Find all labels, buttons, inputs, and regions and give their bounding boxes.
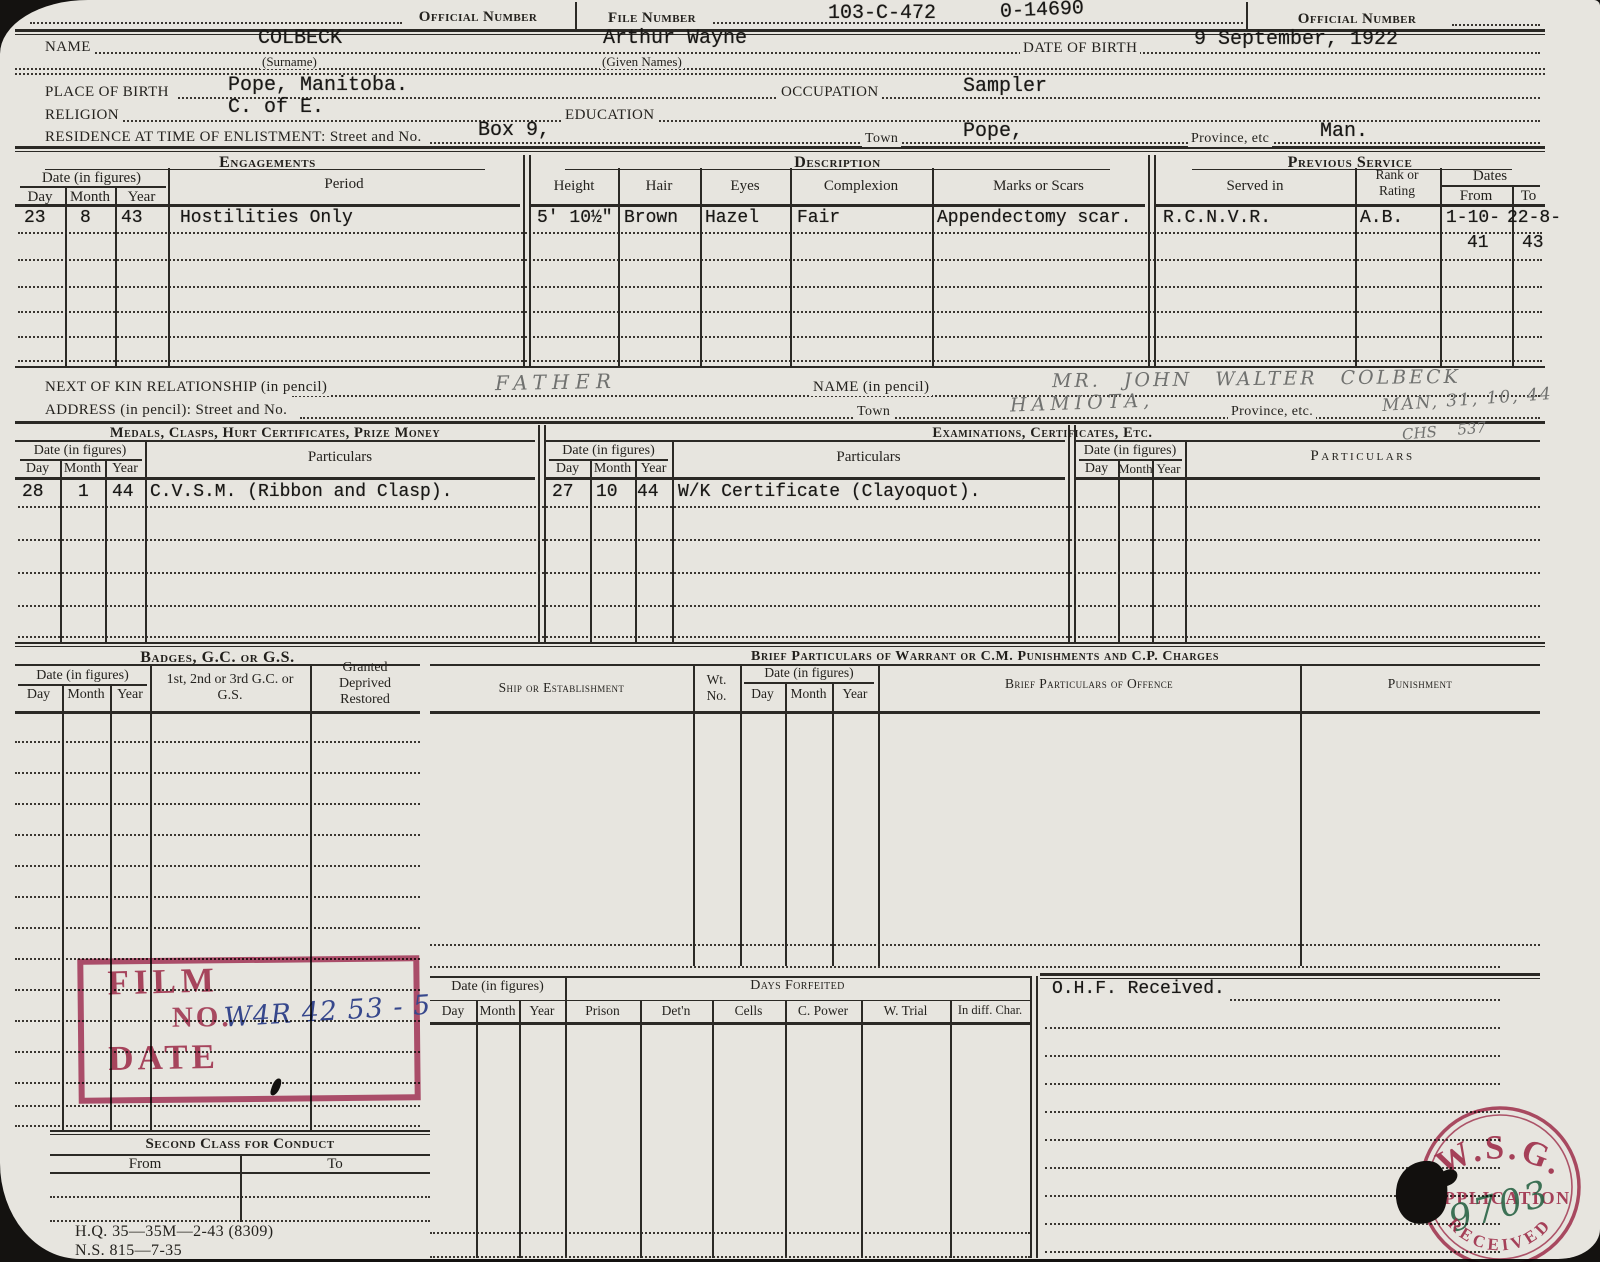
warrants-year-header: Year <box>832 687 878 701</box>
solid-rule-line <box>1030 976 1032 1258</box>
medal-year: 44 <box>112 483 134 502</box>
kin-name-value: MR. JOHN WALTER COLBECK <box>1052 368 1461 392</box>
film-date-label: DATE <box>108 1039 219 1078</box>
engagement-day: 23 <box>24 209 46 228</box>
solid-rule-line <box>1075 477 1540 480</box>
film-number-value: W4R 42 53 - 5 <box>223 992 432 1033</box>
exam1-year: 44 <box>637 483 659 502</box>
rank-value: A.B. <box>1360 209 1403 228</box>
kin-town-label: Town <box>854 405 893 420</box>
days-forfeited-header: Days Forfeited <box>565 979 1030 994</box>
solid-rule-line <box>790 168 792 366</box>
solid-rule-line <box>430 711 1540 714</box>
solid-rule-line <box>740 664 742 966</box>
served-in-value: R.C.N.V.R. <box>1163 209 1271 228</box>
solid-rule-line <box>15 477 535 480</box>
exam1-particulars-header: Particulars <box>672 450 1065 466</box>
badges-year-header: Year <box>110 688 150 703</box>
dotted-rule-line <box>1452 24 1540 26</box>
solid-rule-line <box>62 684 64 1130</box>
solid-rule-line <box>168 168 170 366</box>
exam1-particulars: W/K Certificate (Clayoquot). <box>678 483 980 502</box>
official-number-left-label: Official Number <box>398 10 558 26</box>
exam2-day-header: Day <box>1075 462 1118 477</box>
solid-rule-line <box>15 151 1545 152</box>
solid-rule-line <box>115 186 117 366</box>
engagement-year: 43 <box>121 209 143 228</box>
dotted-rule-line <box>15 1125 420 1127</box>
solid-rule-line <box>693 664 695 966</box>
solid-rule-line <box>545 477 1065 480</box>
film-stamp-box: FILM NO. W4R 42 53 - 5 DATE <box>77 955 420 1104</box>
warrants-date-header: Date (in figures) <box>740 666 878 680</box>
forfeits-day-header: Day <box>430 1004 476 1018</box>
date-of-birth-value: 9 September, 1922 <box>1194 29 1398 50</box>
solid-rule-line <box>105 459 107 642</box>
forfeit-col-wtrial: W. Trial <box>861 1004 950 1018</box>
solid-rule-line <box>1040 973 1540 976</box>
service-record-card: Official Number File Number 103-C-472 0-… <box>0 0 1600 1262</box>
solid-rule-line <box>700 168 702 366</box>
dotted-rule-line <box>15 741 420 743</box>
solid-rule-line <box>640 1000 642 1258</box>
complexion-header: Complexion <box>790 179 932 195</box>
solid-rule-line <box>1246 2 1248 30</box>
period-header: Period <box>168 177 520 193</box>
solid-rule-line <box>1185 440 1187 642</box>
date-of-birth-label: DATE OF BIRTH <box>1020 41 1140 57</box>
dotted-rule-line <box>430 966 1500 968</box>
solid-rule-line <box>15 642 1545 644</box>
given-names-value: Arthur Wayne <box>603 28 747 49</box>
exam2-month-header: Month <box>1118 462 1152 476</box>
province-label: Province, etc <box>1188 132 1272 147</box>
forfeit-col-prison: Prison <box>565 1004 640 1018</box>
exam1-year-header: Year <box>635 462 672 477</box>
rank-or-rating-header: Rank or Rating <box>1363 167 1431 198</box>
service-from-line2: 41 <box>1467 234 1489 253</box>
solid-rule-line <box>832 682 834 966</box>
dotted-rule-line <box>18 311 1542 313</box>
solid-rule-line <box>1148 155 1150 366</box>
solid-rule-line <box>672 440 674 642</box>
kin-relationship-label: NEXT OF KIN RELATIONSHIP (in pencil) <box>42 380 330 396</box>
medals-particulars-header: Particulars <box>145 450 535 466</box>
kin-name-label: NAME (in pencil) <box>810 380 932 396</box>
solid-rule-line <box>50 1130 430 1132</box>
solid-rule-line <box>950 1000 952 1258</box>
dotted-rule-line <box>15 68 1545 70</box>
engagements-year-header: Year <box>115 190 168 206</box>
dotted-rule-line <box>18 506 1540 508</box>
forfeits-year-header: Year <box>519 1004 565 1018</box>
served-in-header: Served in <box>1155 179 1355 195</box>
medal-particulars: C.V.S.M. (Ribbon and Clasp). <box>150 483 452 502</box>
solid-rule-line <box>430 976 1030 978</box>
dotted-rule-line <box>18 572 1540 574</box>
dotted-rule-line <box>18 232 1542 234</box>
marks-value: Appendectomy scar. <box>937 209 1131 228</box>
footer-form-number-1: H.Q. 35—35M—2-43 (8309) <box>72 1224 277 1241</box>
engagements-day-header: Day <box>15 190 65 206</box>
solid-rule-line <box>1068 425 1070 642</box>
exam2-date-header: Date (in figures) <box>1075 444 1185 459</box>
film-stamp-label: FILM <box>107 962 219 1002</box>
marks-header: Marks or Scars <box>932 179 1145 195</box>
badges-date-header: Date (in figures) <box>15 669 150 684</box>
solid-rule-line <box>878 664 880 966</box>
solid-rule-line <box>575 2 577 30</box>
to-header: To <box>1512 189 1545 205</box>
engagements-month-header: Month <box>65 190 115 206</box>
dotted-rule-line <box>300 417 1540 419</box>
solid-rule-line <box>861 1000 863 1258</box>
dotted-rule-line <box>15 865 420 867</box>
service-to-line2: 43 <box>1522 234 1544 253</box>
solid-rule-line <box>523 155 525 366</box>
dotted-rule-line <box>1230 999 1500 1001</box>
solid-rule-line <box>18 684 147 686</box>
place-of-birth-label: PLACE OF BIRTH <box>42 85 172 101</box>
hair-header: Hair <box>618 179 700 195</box>
from-header: From <box>1440 189 1512 205</box>
solid-rule-line <box>618 168 620 366</box>
badges-gc-header: 1st, 2nd or 3rd G.C. or G.S. <box>158 672 302 704</box>
badges-month-header: Month <box>62 688 110 703</box>
solid-rule-line <box>15 711 420 714</box>
solid-rule-line <box>744 682 874 684</box>
solid-rule-line <box>50 1134 430 1135</box>
exam1-date-header: Date (in figures) <box>545 444 672 459</box>
solid-rule-line <box>15 146 1545 149</box>
dotted-rule-line <box>430 944 1540 946</box>
height-header: Height <box>530 179 618 195</box>
engagements-date-header: Date (in figures) <box>15 171 168 187</box>
solid-rule-line <box>538 425 540 642</box>
ohf-received-value: O.H.F. Received. <box>1052 980 1225 999</box>
exam1-day-header: Day <box>545 462 590 477</box>
surname-caption: (Surname) <box>260 55 319 69</box>
exam2-particulars-header: Particulars <box>1185 449 1540 465</box>
forfeit-col-detn: Det'n <box>640 1004 712 1018</box>
forfeit-col-indiffchar: In diff. Char. <box>950 1004 1030 1017</box>
forfeits-month-header: Month <box>476 1004 519 1018</box>
education-label: EDUCATION <box>562 108 657 124</box>
forfeit-col-cells: Cells <box>712 1004 785 1018</box>
file-number-value: 103-C-472 <box>828 3 936 24</box>
kin-relationship-value: FATHER <box>495 371 617 394</box>
solid-rule-line <box>15 421 1545 424</box>
dotted-rule-line <box>30 22 402 24</box>
solid-rule-line <box>530 204 1145 207</box>
solid-rule-line <box>785 682 787 966</box>
solid-rule-line <box>15 646 1545 647</box>
place-of-birth-value: Pope, Manitoba. <box>228 75 408 96</box>
official-number-right-label: Official Number <box>1272 12 1442 28</box>
dotted-rule-line <box>18 636 1540 638</box>
dates-header: Dates <box>1440 169 1540 185</box>
solid-rule-line <box>590 459 592 642</box>
dotted-rule-line <box>15 834 420 836</box>
dotted-rule-line <box>15 927 420 929</box>
solid-rule-line <box>1036 976 1038 1258</box>
dotted-rule-line <box>15 896 420 898</box>
exam1-day: 27 <box>552 483 574 502</box>
second-class-to-header: To <box>240 1157 430 1173</box>
dotted-rule-line <box>15 803 420 805</box>
offence-header: Brief Particulars of Offence <box>878 677 1300 691</box>
exam2-year-header: Year <box>1152 462 1185 476</box>
badges-day-header: Day <box>15 688 62 703</box>
warrants-title: Brief Particulars of Warrant or C.M. Pun… <box>430 650 1540 665</box>
warrants-day-header: Day <box>740 687 785 701</box>
punishment-header: Punishment <box>1300 677 1540 691</box>
forfeits-date-header: Date (in figures) <box>430 980 565 995</box>
footer-form-number-2: N.S. 815—7-35 <box>72 1243 185 1260</box>
town-label: Town <box>862 132 901 147</box>
medal-day: 28 <box>22 483 44 502</box>
medals-title: Medals, Clasps, Hurt Certificates, Prize… <box>15 426 535 441</box>
height-value: 5' 10½" <box>537 209 613 228</box>
solid-rule-line <box>1442 185 1540 187</box>
badges-granted-header: Granted Deprived Restored <box>318 660 412 708</box>
solid-rule-line <box>932 168 934 366</box>
given-names-caption: (Given Names) <box>600 55 684 69</box>
medals-date-header: Date (in figures) <box>15 444 145 459</box>
dotted-rule-line <box>700 22 1243 24</box>
official-number-value: 0-14690 <box>1000 0 1085 23</box>
dotted-rule-line <box>18 360 1542 362</box>
second-class-from-header: From <box>50 1157 240 1173</box>
eyes-header: Eyes <box>700 179 790 195</box>
solid-rule-line <box>712 1000 714 1258</box>
engagement-period: Hostilities Only <box>180 209 353 228</box>
solid-rule-line <box>1152 459 1154 642</box>
forfeit-col-cpower: C. Power <box>785 1004 861 1018</box>
solid-rule-line <box>785 1000 787 1258</box>
ship-header: Ship or Establishment <box>430 681 693 695</box>
dotted-rule-line <box>15 1105 420 1107</box>
occupation-value: Sampler <box>963 76 1047 97</box>
second-class-title: Second Class for Conduct <box>50 1137 430 1153</box>
medals-day-header: Day <box>15 462 60 477</box>
eyes-value: Hazel <box>705 209 759 228</box>
medal-month: 1 <box>78 483 89 502</box>
kin-province-label: Province, etc. <box>1228 405 1316 420</box>
solid-rule-line <box>145 440 147 642</box>
exam1-month: 10 <box>596 483 618 502</box>
kin-address-label: ADDRESS (in pencil): Street and No. <box>42 403 290 419</box>
examinations-title: Examinations, Certificates, Etc. <box>545 426 1540 441</box>
dotted-rule-line <box>18 259 1542 261</box>
occupation-label: OCCUPATION <box>778 85 882 101</box>
medals-year-header: Year <box>105 462 145 477</box>
name-label: NAME <box>42 40 94 56</box>
solid-rule-line <box>65 186 67 366</box>
exam1-month-header: Month <box>590 462 635 477</box>
religion-label: RELIGION <box>42 108 122 124</box>
service-from-line1: 1-10- <box>1446 209 1500 228</box>
dotted-rule-line <box>1045 1055 1500 1057</box>
solid-rule-line <box>60 459 62 642</box>
town-value: Pope, <box>963 121 1023 142</box>
dotted-rule-line <box>1045 1083 1500 1085</box>
dotted-rule-line <box>18 539 1540 541</box>
solid-rule-line <box>1300 664 1302 966</box>
solid-rule-line <box>476 1000 478 1258</box>
dotted-rule-line <box>1045 1027 1500 1029</box>
service-to-line1: 22-8- <box>1507 209 1561 228</box>
description-title: Description <box>530 155 1145 172</box>
complexion-value: Fair <box>797 209 840 228</box>
province-value: Man. <box>1320 121 1368 142</box>
engagement-month: 8 <box>80 209 91 228</box>
solid-rule-line <box>565 976 567 1258</box>
surname-value: COLBECK <box>258 28 342 49</box>
solid-rule-line <box>1355 168 1357 366</box>
solid-rule-line <box>1118 459 1120 642</box>
religion-value: C. of E. <box>228 97 324 118</box>
dotted-rule-line <box>18 605 1540 607</box>
residence-street-value: Box 9, <box>478 120 550 141</box>
file-number-label: File Number <box>592 11 712 27</box>
wt-no-header: Wt. No. <box>695 672 738 703</box>
dotted-rule-line <box>18 286 1542 288</box>
hair-value: Brown <box>624 209 678 228</box>
solid-rule-line <box>519 1000 521 1258</box>
residence-label: RESIDENCE AT TIME OF ENLISTMENT: Street … <box>42 130 425 146</box>
medals-month-header: Month <box>60 462 105 477</box>
dotted-rule-line <box>18 336 1542 338</box>
warrants-month-header: Month <box>785 687 832 701</box>
dotted-rule-line <box>15 772 420 774</box>
